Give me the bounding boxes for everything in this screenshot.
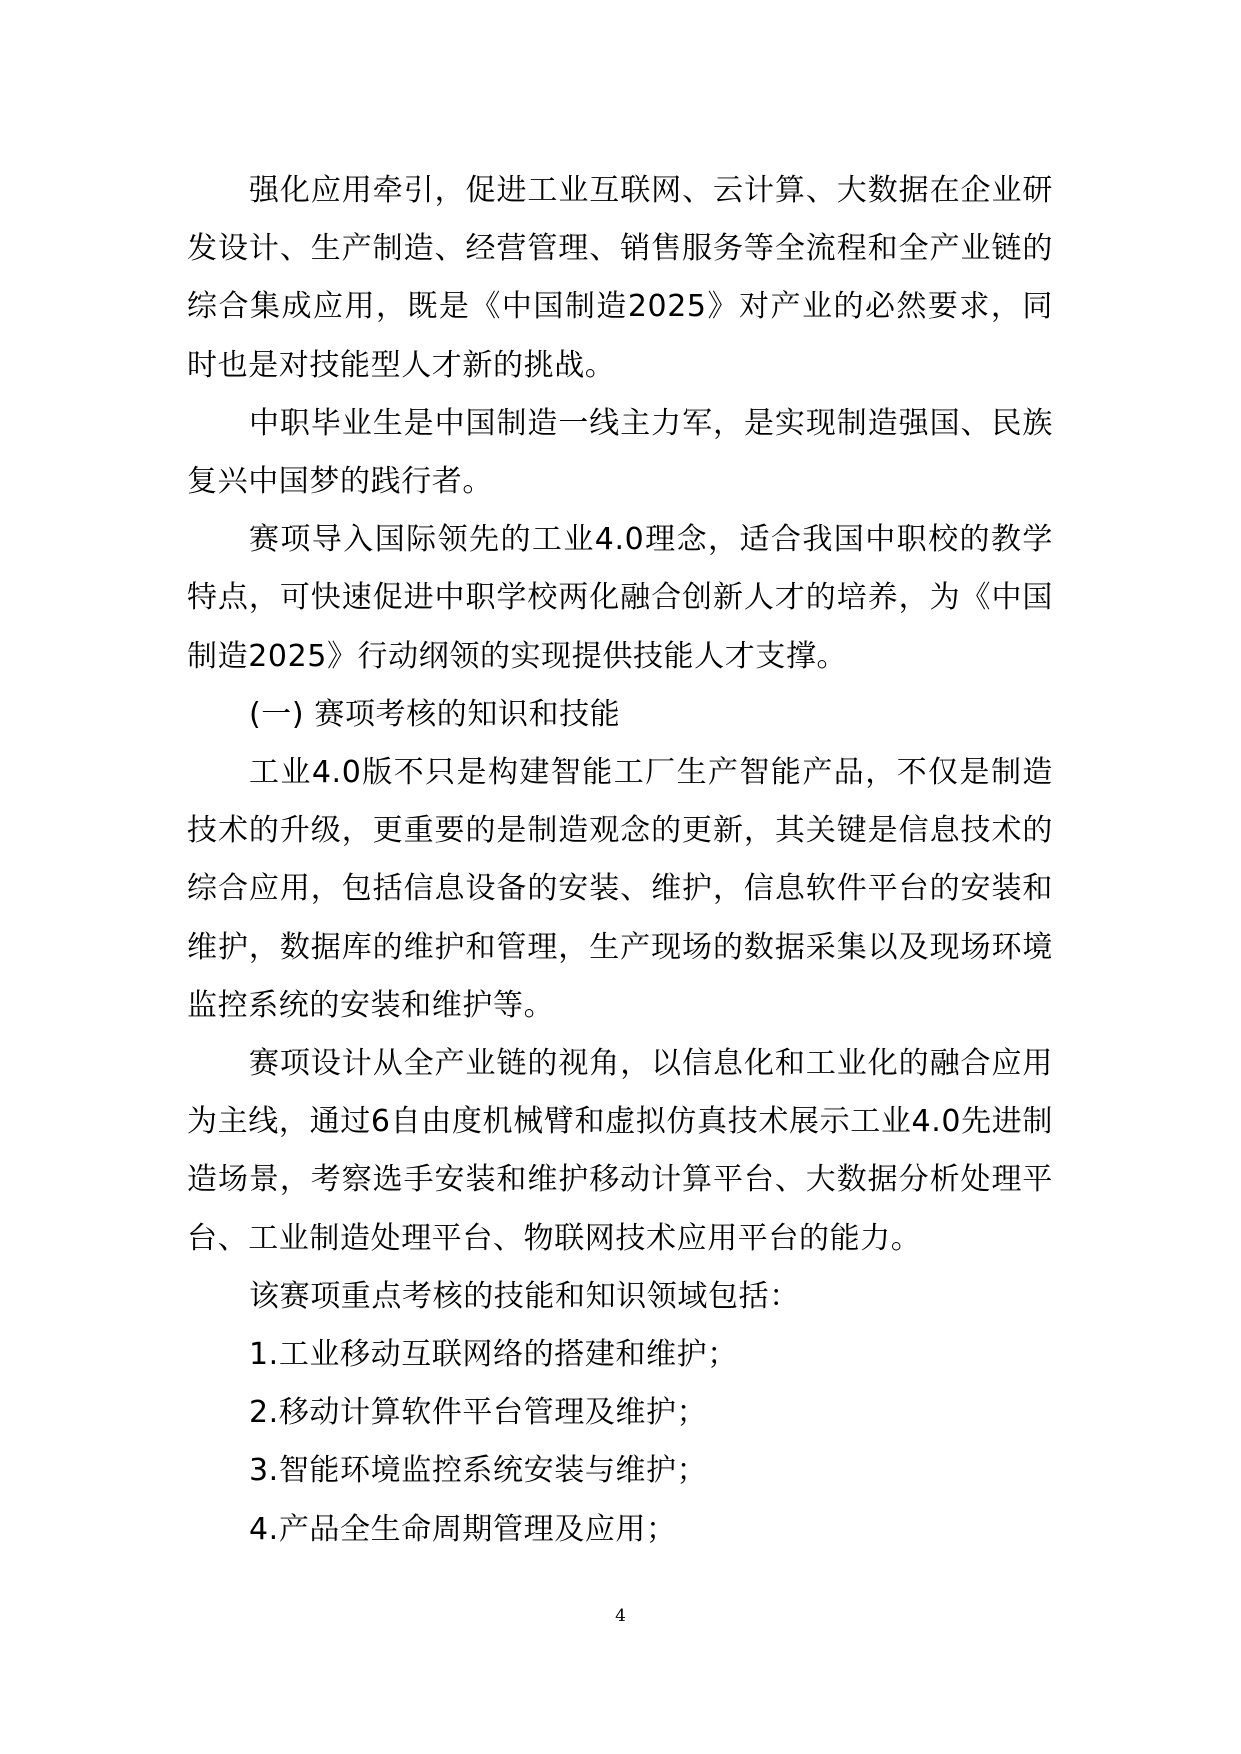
paragraph-skills-intro: 该赛项重点考核的技能和知识领域包括： [187,1268,1053,1326]
section-heading: (一) 赛项考核的知识和技能 [187,686,1053,744]
skills-list: 1.工业移动互联网络的搭建和维护； 2.移动计算软件平台管理及维护； 3.智能环… [187,1326,1053,1559]
document-page-body: 强化应用牵引，促进工业互联网、云计算、大数据在企业研发设计、生产制造、经营管理、… [187,162,1053,1559]
paragraph-competition-design: 赛项设计从全产业链的视角，以信息化和工业化的融合应用为主线，通过6自由度机械臂和… [187,1035,1053,1268]
paragraph-industry-4-version: 工业4.0版不只是构建智能工厂生产智能产品，不仅是制造技术的升级，更重要的是制造… [187,744,1053,1035]
list-item: 3.智能环境监控系统安装与维护； [187,1442,1053,1500]
paragraph-industry-4-concept: 赛项导入国际领先的工业4.0理念，适合我国中职校的教学特点，可快速促进中职学校两… [187,511,1053,686]
list-item: 4.产品全生命周期管理及应用； [187,1501,1053,1559]
list-item: 1.工业移动互联网络的搭建和维护； [187,1326,1053,1384]
list-item: 2.移动计算软件平台管理及维护； [187,1384,1053,1442]
paragraph-vocational-graduates: 中职毕业生是中国制造一线主力军，是实现制造强国、民族复兴中国梦的践行者。 [187,395,1053,511]
page-number: 4 [0,1606,1241,1626]
paragraph-application-driven: 强化应用牵引，促进工业互联网、云计算、大数据在企业研发设计、生产制造、经营管理、… [187,162,1053,395]
